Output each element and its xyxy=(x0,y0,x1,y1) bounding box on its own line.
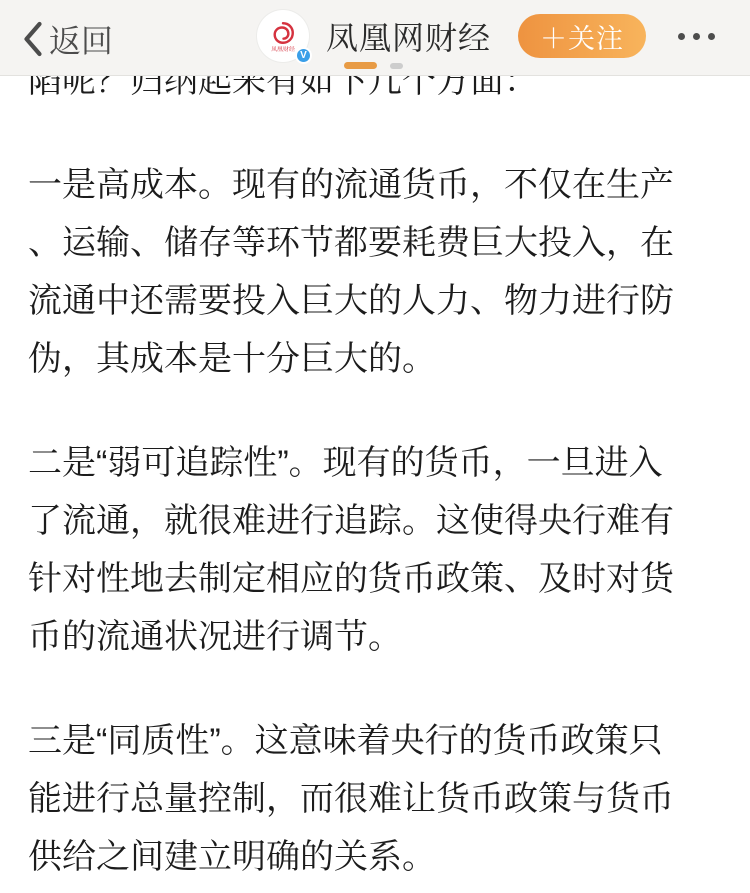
back-label: 返回 xyxy=(49,16,113,62)
avatar-caption: 凤凰财经 xyxy=(271,47,295,54)
back-button[interactable]: 返回 xyxy=(22,16,113,62)
page-indicator xyxy=(344,62,403,69)
ellipsis-icon xyxy=(678,33,685,40)
article-body: 陷呢？归纳起来有如下几个方面： 一是高成本。现有的流通货币，不仅在生产 、运输、… xyxy=(0,52,750,886)
page-indicator-active xyxy=(344,62,377,69)
publisher: 凤凰财经 V 凤凰网财经 xyxy=(257,10,491,62)
page-indicator-inactive xyxy=(390,63,403,69)
ellipsis-icon xyxy=(708,33,715,40)
article-line: 伪，其成本是十分巨大的。 xyxy=(28,330,722,388)
article-line: 流通中还需要投入巨大的人力、物力进行防 xyxy=(28,272,722,330)
article-line: 三是“同质性”。这意味着央行的货币政策只 xyxy=(28,712,722,770)
phoenix-swirl-icon xyxy=(270,20,296,46)
article-line: 供给之间建立明确的关系。 xyxy=(28,828,722,886)
article-line: 币的流通状况进行调节。 xyxy=(28,608,722,666)
ellipsis-icon xyxy=(693,33,700,40)
verified-badge-icon: V xyxy=(295,47,312,64)
article-line: 一是高成本。现有的流通货币，不仅在生产 xyxy=(28,156,722,214)
header: 返回 凤凰财经 V 凤凰网财经 ＋关注 xyxy=(0,0,750,76)
article-paragraph: 二是“弱可追踪性”。现有的货币，一旦进入 了流通，就很难进行追踪。这使得央行难有… xyxy=(28,434,722,666)
article-paragraph: 一是高成本。现有的流通货币，不仅在生产 、运输、储存等环节都要耗费巨大投入，在 … xyxy=(28,156,722,388)
publisher-name[interactable]: 凤凰网财经 xyxy=(326,13,491,59)
article-line: 针对性地去制定相应的货币政策、及时对货 xyxy=(28,550,722,608)
publisher-avatar[interactable]: 凤凰财经 V xyxy=(257,10,309,62)
article-line: 、运输、储存等环节都要耗费巨大投入，在 xyxy=(28,214,722,272)
article-line: 能进行总量控制，而很难让货币政策与货币 xyxy=(28,770,722,828)
more-button[interactable] xyxy=(676,29,717,44)
article-line: 二是“弱可追踪性”。现有的货币，一旦进入 xyxy=(28,434,722,492)
article-screen: 返回 凤凰财经 V 凤凰网财经 ＋关注 陷呢？归纳起来有如下几个方面： xyxy=(0,0,750,893)
article-line: 了流通，就很难进行追踪。这使得央行难有 xyxy=(28,492,722,550)
chevron-left-icon xyxy=(22,21,43,57)
article-paragraph: 三是“同质性”。这意味着央行的货币政策只 能进行总量控制，而很难让货币政策与货币… xyxy=(28,712,722,886)
follow-button[interactable]: ＋关注 xyxy=(518,14,646,58)
